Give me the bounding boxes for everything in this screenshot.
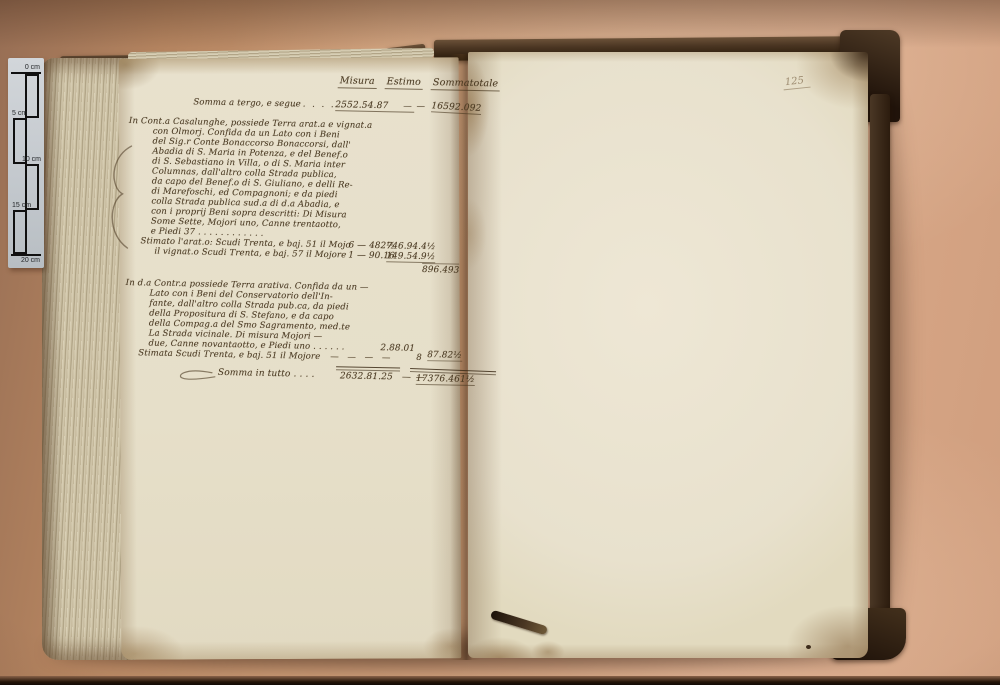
- archive-photo: 125 Misura Estimo Sommatotale Somma a te…: [0, 0, 1000, 685]
- grand-total-row: Somma in tutto . . . . 2632.81.25 — — 17…: [122, 364, 474, 385]
- misura-value: 8: [416, 353, 422, 363]
- dark-speck: [806, 645, 811, 649]
- ruler-label: 10 cm: [22, 156, 41, 163]
- entry-2: In d.a Contr.a possiede Terra arativa. C…: [122, 278, 476, 385]
- estimo-value: 87.82½: [427, 350, 462, 362]
- column-header-estimo: Estimo: [385, 77, 424, 90]
- ruler-label: 5 cm: [12, 110, 27, 117]
- dash-rule: — —: [403, 102, 426, 112]
- grand-total-totale: 17376.461½: [416, 374, 475, 386]
- carryover-totale: 16592.092: [431, 101, 482, 115]
- ruler-label: 15 cm: [12, 202, 31, 209]
- column-header-row: Misura Estimo Sommatotale: [338, 76, 501, 91]
- carryover-line: Somma a tergo, e segue . . . . . . 2552.…: [193, 97, 513, 115]
- carryover-label: Somma a tergo, e segue: [193, 97, 301, 109]
- calligraphic-flourish: [174, 369, 216, 382]
- column-header-sommatotale: Sommatotale: [431, 78, 500, 91]
- misura-value: 2.88.01: [380, 343, 415, 354]
- ruler-label: 0 cm: [25, 64, 40, 71]
- column-header-misura: Misura: [338, 76, 377, 89]
- leather-cover-edge-right: [870, 94, 890, 650]
- table-edge: [0, 676, 1000, 685]
- ruler-label: 20 cm: [21, 257, 40, 264]
- right-page: 125: [468, 52, 868, 658]
- manuscript-text: Misura Estimo Sommatotale Somma a tergo,…: [120, 70, 480, 477]
- subtotal-value: 896.493: [422, 263, 460, 276]
- dash-rule: — — — —: [330, 352, 393, 363]
- ruler-segment: [13, 210, 27, 254]
- grand-total-misura: 2632.81.25: [340, 371, 393, 382]
- ruler-bar: [11, 254, 41, 256]
- folio-number: 125: [782, 75, 810, 91]
- photo-scale-ruler: 0 cm 5 cm 10 cm 15 cm 20 cm: [8, 58, 44, 268]
- entry-1: In Cont.a Casalunghe, possiede Terra ara…: [124, 116, 479, 275]
- grand-total-label: Somma in tutto . . . .: [218, 368, 315, 380]
